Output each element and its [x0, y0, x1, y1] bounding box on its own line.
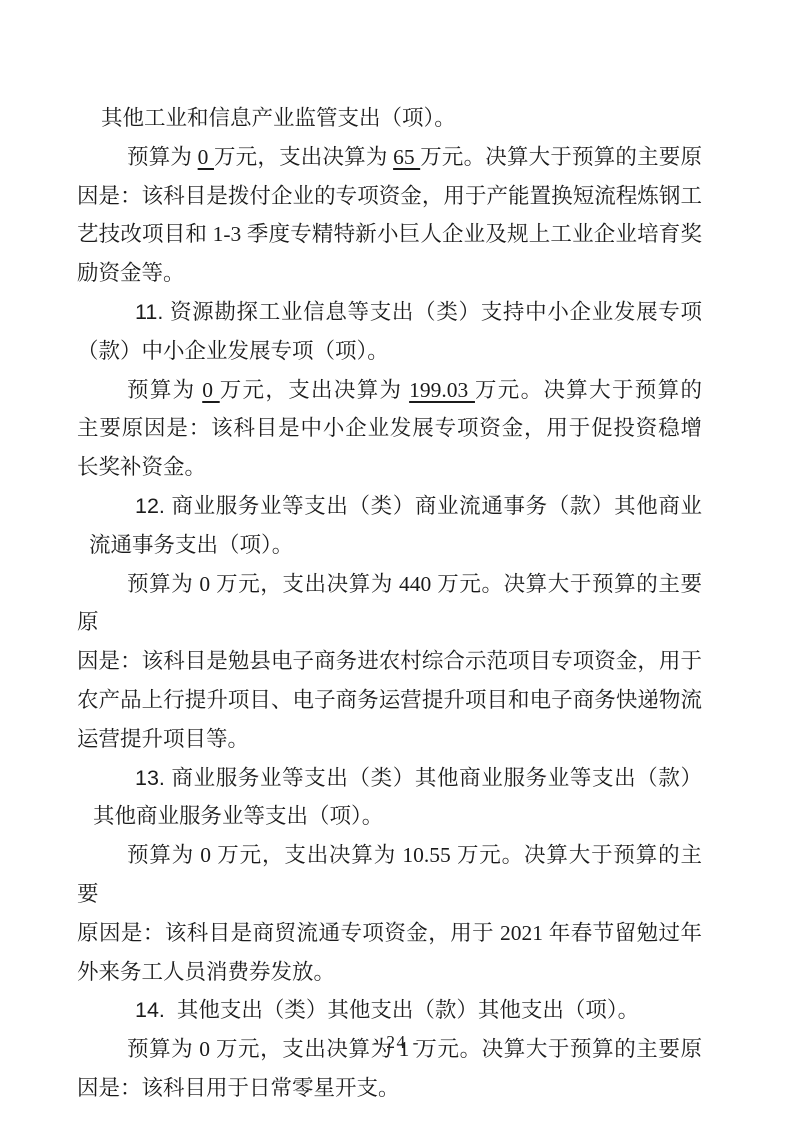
text-line: 运营提升项目等。	[77, 720, 702, 759]
text-segment: 商业服务业等支出（类）商业流通事务（款）其他商业	[172, 494, 702, 518]
text-line: 因是：该科目用于日常零星开支。	[77, 1069, 702, 1108]
text-segment: 其他支出（类）其他支出（款）其他支出（项）。	[177, 998, 639, 1022]
document-body: 其他工业和信息产业监管支出（项）。预算为 0 万元，支出决算为 65 万元。决算…	[77, 99, 702, 1108]
text-line: 预算为 0 万元，支出决算为 10.55 万元。决算大于预算的主要	[77, 836, 702, 914]
text-segment: 12.	[135, 494, 172, 518]
page-footer: - 24 -	[0, 1032, 793, 1053]
text-line: 因是：该科目是勉县电子商务进农村综合示范项目专项资金，用于	[77, 642, 702, 681]
text-segment: 励资金等。	[77, 261, 185, 285]
text-segment: 因是：该科目是拨付企业的专项资金，用于产能置换短流程炼钢工	[77, 184, 702, 208]
underlined-value: 65	[393, 145, 420, 169]
underlined-value: 199.03	[409, 378, 475, 402]
text-line: 外来务工人员消费券发放。	[77, 953, 702, 992]
text-segment: 万元，支出决算为	[220, 378, 409, 402]
text-line: 因是：该科目是拨付企业的专项资金，用于产能置换短流程炼钢工	[77, 177, 702, 216]
text-line: 流通事务支出（项）。	[77, 526, 702, 565]
text-segment: 艺技改项目和 1-3 季度专精特新小巨人企业及规上工业企业培育奖	[77, 222, 702, 246]
text-line: 11. 资源勘探工业信息等支出（类）支持中小企业发展专项	[77, 293, 702, 332]
text-segment: 其他商业服务业等支出（项）。	[93, 804, 383, 828]
text-line: 12. 商业服务业等支出（类）商业流通事务（款）其他商业	[77, 487, 702, 526]
document-page: 其他工业和信息产业监管支出（项）。预算为 0 万元，支出决算为 65 万元。决算…	[0, 0, 793, 1122]
text-line: 其他商业服务业等支出（项）。	[77, 797, 702, 836]
text-line: 13. 商业服务业等支出（类）其他商业服务业等支出（款）	[77, 759, 702, 798]
text-segment: 资源勘探工业信息等支出（类）支持中小企业发展专项	[170, 300, 702, 324]
text-segment: 预算为 0 万元，支出决算为 10.55 万元。决算大于预算的主要	[77, 843, 702, 906]
text-segment: 预算为	[127, 378, 202, 402]
text-segment: 预算为	[127, 145, 198, 169]
text-segment: 主要原因是：该科目是中小企业发展专项资金，用于促投资稳增	[77, 416, 702, 440]
underlined-value: 0	[198, 145, 214, 169]
text-line: 励资金等。	[77, 254, 702, 293]
text-line: 14. 其他支出（类）其他支出（款）其他支出（项）。	[77, 991, 702, 1030]
text-segment: 万元。决算大于预算的主要原	[420, 145, 702, 169]
page-number: - 24 -	[373, 1032, 420, 1052]
text-line: 预算为 0 万元，支出决算为 199.03 万元。决算大于预算的	[77, 371, 702, 410]
text-line: 原因是：该科目是商贸流通专项资金，用于 2021 年春节留勉过年	[77, 914, 702, 953]
text-line: （款）中小企业发展专项（项）。	[77, 332, 702, 371]
text-segment: 预算为 0 万元，支出决算为 440 万元。决算大于预算的主要原	[77, 572, 702, 635]
text-line: 预算为 0 万元，支出决算为 440 万元。决算大于预算的主要原	[77, 565, 702, 643]
text-segment: 农产品上行提升项目、电子商务运营提升项目和电子商务快递物流	[77, 688, 702, 712]
text-line: 预算为 0 万元，支出决算为 65 万元。决算大于预算的主要原	[77, 138, 702, 177]
text-segment: 流通事务支出（项）。	[89, 533, 293, 557]
text-segment: 因是：该科目是勉县电子商务进农村综合示范项目专项资金，用于	[77, 649, 702, 673]
text-line: 农产品上行提升项目、电子商务运营提升项目和电子商务快递物流	[77, 681, 702, 720]
text-segment: 万元。决算大于预算的	[475, 378, 702, 402]
underlined-value: 0	[202, 378, 219, 402]
text-segment: 其他工业和信息产业监管支出（项）。	[101, 106, 456, 130]
text-line: 主要原因是：该科目是中小企业发展专项资金，用于促投资稳增	[77, 409, 702, 448]
text-segment: 因是：该科目用于日常零星开支。	[77, 1076, 400, 1100]
text-segment: 原因是：该科目是商贸流通专项资金，用于 2021 年春节留勉过年	[77, 921, 702, 945]
text-segment: 长奖补资金。	[77, 455, 206, 479]
text-segment: 外来务工人员消费券发放。	[77, 960, 335, 984]
text-line: 其他工业和信息产业监管支出（项）。	[77, 99, 702, 138]
text-segment: 11.	[135, 300, 170, 324]
text-segment: 13.	[135, 766, 172, 790]
text-segment: 14.	[135, 998, 177, 1022]
text-segment: （款）中小企业发展专项（项）。	[77, 339, 389, 363]
text-segment: 商业服务业等支出（类）其他商业服务业等支出（款）	[172, 766, 702, 790]
text-segment: 运营提升项目等。	[77, 727, 249, 751]
text-segment: 万元，支出决算为	[214, 145, 393, 169]
text-line: 艺技改项目和 1-3 季度专精特新小巨人企业及规上工业企业培育奖	[77, 215, 702, 254]
text-line: 长奖补资金。	[77, 448, 702, 487]
